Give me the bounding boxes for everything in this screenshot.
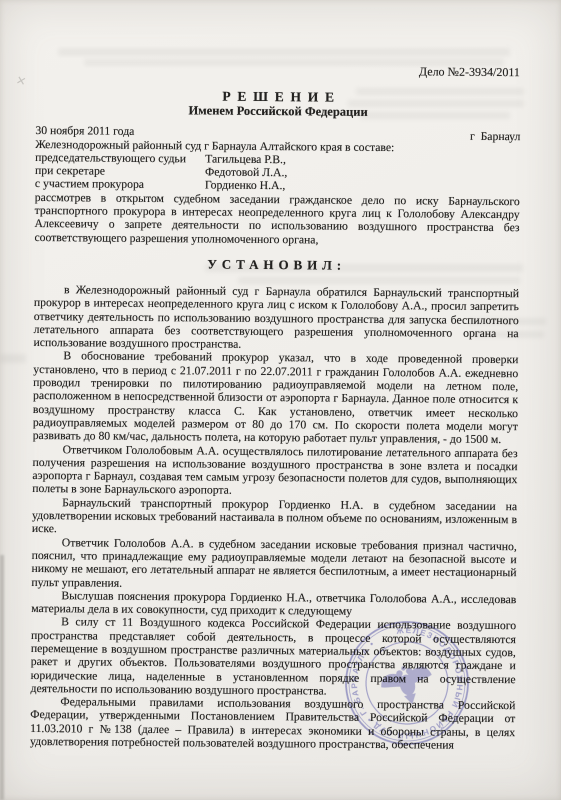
- body-paragraph: Барнаульский транспортный прокурор Горди…: [32, 496, 517, 540]
- decision-date: 30 ноября 2011 года: [35, 124, 134, 138]
- stamp-emblem-eagle: [378, 660, 438, 711]
- secretary-name: Федотовой Л.А.,: [205, 166, 287, 180]
- scan-edge-shadow: [0, 555, 4, 800]
- scanned-court-decision-page: ✕ Дело №2-3934/2011 РЕШЕНИЕ Именем Росси…: [0, 0, 561, 800]
- body-paragraph: В обоснование требований прокурор указал…: [33, 349, 519, 446]
- decision-subtitle: Именем Российской Федерации: [36, 102, 521, 121]
- pen-mark: ✕: [14, 73, 27, 90]
- role-label: с участием прокурора: [35, 177, 205, 192]
- intro-paragraph: рассмотрев в открытом судебном заседании…: [34, 191, 519, 248]
- body-paragraph: в Железнодорожный районный суд г Барнаул…: [33, 283, 519, 354]
- body-paragraph: Ответчиком Гололобовым А.А. осуществляло…: [32, 443, 517, 500]
- bleedthrough-ghost: [58, 48, 510, 56]
- case-number: Дело №2-3934/2011: [36, 62, 521, 80]
- prosecutor-name: Гордиенко Н.А.,: [205, 179, 286, 193]
- bleedthrough-ghost: [0, 354, 26, 363]
- judge-name: Тагильцева Р.В.,: [205, 152, 286, 166]
- title-block: РЕШЕНИЕ Именем Российской Федерации: [36, 88, 521, 121]
- body-paragraph: Ответчик Гололобов А.А. в судебном засед…: [31, 536, 516, 593]
- section-heading: УСТАНОВИЛ:: [34, 256, 519, 274]
- decision-city: г Барнаул: [470, 130, 521, 144]
